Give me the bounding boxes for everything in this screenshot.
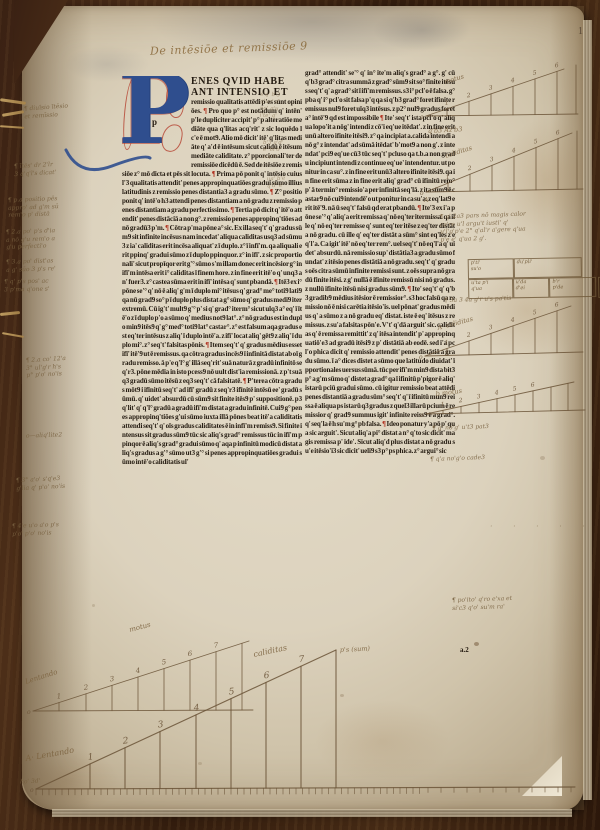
guide-letter: p [152, 118, 157, 127]
pilcrow-mark: ¶ [417, 204, 422, 212]
note-quarta: ¶ q' p's pos' ac3 p'ma q'one s' [4, 278, 50, 294]
gutter-shadow [22, 6, 92, 810]
table-cell: b'r p'de [549, 277, 596, 298]
binding-thread-icon [2, 332, 24, 338]
page-corner-fold [522, 756, 562, 796]
table-cell: u'da d'ei [513, 278, 550, 299]
pilcrow-mark: ¶ [212, 170, 217, 178]
folio-number: 1 [578, 26, 583, 37]
binding-thread-icon [0, 125, 24, 129]
table-cell: p'ti' su'o [468, 258, 514, 279]
ink-spot [92, 604, 95, 607]
gloss-2: b'3 q'd'e' m'o's'q'la' [263, 140, 283, 161]
page-stack-edge-right [583, 20, 592, 800]
binding-thread-icon [2, 110, 24, 117]
illuminated-initial: P p [122, 76, 186, 170]
note-intensio: ¶ ītēs' dr 2'lr3 q'q'l's dicat' [14, 161, 57, 178]
page-edge-shadow [550, 6, 584, 810]
faint-dot-row: · · · · · · · [490, 522, 600, 531]
pilcrow-mark: ¶ [165, 224, 169, 232]
pilcrow-mark: ¶ [203, 107, 208, 115]
book-page: De intēsiōe et remissiōe 9 1 P p ENES QV… [22, 6, 584, 810]
pilcrow-mark: ¶ [274, 278, 278, 286]
photograph-of-incunabulum-page: { "page": { "folio_number": "1", "signat… [0, 0, 600, 830]
note-prima-positio: ¶ p.a positio pēsappro' ad g'm sūrem'o p… [8, 195, 59, 219]
note-positio-exa: ¶ po'ito' q'ro e'xa etsi'c3 q'o' su'm ra… [452, 595, 513, 612]
pilcrow-mark: ¶ [205, 341, 209, 349]
pilcrow-mark: ¶ [380, 114, 385, 122]
pilcrow-mark: ¶ [382, 420, 386, 428]
ink-spot [198, 762, 202, 765]
page-stack-edge-bottom [52, 809, 572, 817]
table-cell: du'pli' [514, 257, 582, 278]
text-column-right: grad° attendit' se'° q' in° ite'm aliq's… [305, 69, 455, 653]
gloss-1: s'q' b'3q'ua' d'no' g'ui'te' q' [260, 92, 281, 120]
pilcrow-mark: ¶ [407, 285, 412, 293]
quire-signature: a.2 [460, 646, 469, 654]
pilcrow-mark: ¶ [243, 377, 248, 385]
handwritten-running-title: De intēsiōe et remissiōe 9 [150, 39, 308, 57]
note-corner-scribble: ho' 3d' [20, 777, 41, 786]
ink-spot [340, 694, 344, 697]
note-aliqualiter: o—aliq'lite2 [26, 431, 62, 440]
note-divisio: ¶ diuīsio ītēsioet remīssio [24, 102, 69, 120]
ink-spot [474, 642, 479, 646]
note-tertia-positio: ¶ 3.a po' dist'asa g' sūo 3 p's re' [6, 257, 56, 274]
note-quarto: ¶ 4'e u'o a'o p'sp'o' p'o' no'is [12, 521, 59, 538]
text-column-left: P p ENES QVID HABE ANT INTENSIO ET remis… [122, 76, 302, 656]
ink-spot [540, 456, 545, 460]
note-secunda-pars: ¶ q' 2a3 pars nō magis calorca're u'l ar… [440, 211, 527, 244]
gloss-3: ua' b'eq'd' e' [267, 176, 286, 190]
note-tertio: ¶ 3° a'o' s'q'e3g'lia q' p'o' no'is [16, 475, 66, 493]
column-right-text: grad° attendit' se'° q' in° ite'm aliq's… [305, 69, 455, 455]
note-secunda-positio: ¶ 2.a po' p's d'iaa nō g'u rem'o ag'u pe… [6, 227, 56, 251]
binding-thread-icon [0, 311, 20, 316]
pilcrow-mark: ¶ [230, 206, 235, 214]
handwritten-margin-table: p'ti' su'o du'pli' u'ta p'i q'ua u'da d'… [468, 257, 597, 299]
note-contra-secundam: ¶ 2.a co' 12'a3° ul'g'r h'sp° p'o' no'is [25, 355, 66, 380]
